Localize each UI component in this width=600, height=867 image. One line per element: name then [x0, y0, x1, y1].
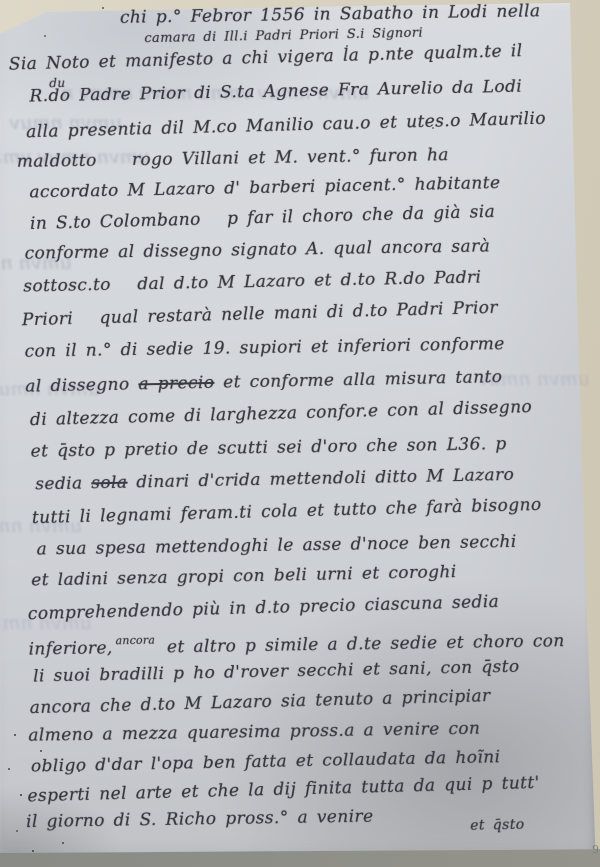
manuscript-line: in S.to Colombano p far il choro che da …: [30, 202, 496, 234]
ink-specks: [102, 7, 104, 9]
manuscript-line: di altezza come di larghezza confor.e co…: [30, 397, 533, 430]
manuscript-struck-segment: sola: [91, 473, 128, 494]
manuscript-line: chi p.° Febror 1556 in Sabatho in Lodi n…: [120, 1, 541, 28]
manuscript-line: R.do Padre Prior di S.ta Agnese Fra Aure…: [29, 77, 522, 107]
manuscript-line: Priori qual restarà nelle mani di d.to P…: [22, 298, 498, 330]
manuscript-sup-segment: ancora: [116, 634, 156, 648]
manuscript-line: inferiore,ancora et altro p simile a d.t…: [28, 627, 564, 659]
photo-bottom-edge: [0, 849, 600, 867]
manuscript-line: comprehendendo più in d.to precio ciascu…: [28, 592, 500, 624]
manuscript-line: camara di Ill.i Padri Priori S.i Signori: [144, 26, 423, 47]
manuscript-line: maldotto rogo Villani et M. vent.° furon…: [17, 145, 449, 172]
manuscript-line: alla presentia dil M.co Manilio cau.o et…: [26, 109, 546, 143]
manuscript-line: Sia Noto et manifesto a chi vigera la p.…: [9, 41, 523, 74]
manuscript-segment: inferiore,: [28, 638, 112, 659]
manuscript-line: il giorno di S. Richo pross.° a venire: [26, 807, 374, 832]
manuscript-struck-segment: a precio: [138, 373, 214, 395]
manuscript-line: sedia sola dinari d'crida mettendoli dit…: [35, 465, 514, 495]
manuscript-segment: dinari d'crida mettendoli ditto M Lazaro: [127, 465, 514, 493]
manuscript-segment: et altro p simile a d.te sedie et choro …: [158, 631, 565, 657]
manuscript-line: esperti nel arte et che la dij finita tu…: [27, 773, 540, 806]
manuscript-line: con il n.° di sedie 19. supiori et infer…: [24, 334, 504, 362]
manuscript-line: al dissegno a precio et conforme alla mi…: [25, 367, 502, 397]
manuscript-line: et q̄sto p pretio de scutti sei d'oro ch…: [30, 434, 506, 461]
manuscript-line: obligo d'dar l'opa ben fatta et collauda…: [31, 747, 501, 776]
manuscript-line: ancora che d.to M Lazaro sia tenuto a pr…: [30, 686, 491, 718]
manuscript-line: li suoi bradilli p ho d'rover secchi et …: [33, 657, 520, 687]
manuscript-line: a sua spesa mettendoghi le asse d'noce b…: [36, 532, 516, 560]
manuscript-segment: sedia: [35, 473, 91, 494]
manuscript-photo: umvn nmuv vmnu mnvu umnv nvmu umvn nmuv …: [0, 0, 600, 867]
manuscript-line: et q̄sto: [470, 817, 525, 834]
manuscript-segment: al dissegno: [25, 374, 138, 396]
manuscript-line: tutti li legnami feram.ti cola et tutto …: [32, 495, 542, 528]
manuscript-line: et ladini senza gropi con beli urni et c…: [31, 562, 457, 591]
manuscript-segment: et conforme alla misura tanto: [214, 367, 502, 393]
manuscript-line: almeno a mezza quaresima pross.a a venir…: [28, 719, 480, 746]
manuscript-line: conforme al dissegno signato A. qual anc…: [24, 236, 490, 263]
ink-specks: [14, 734, 16, 736]
page-corner-mark: 9: [592, 843, 599, 856]
manuscript-line: sottosc.to dal d.to M Lazaro et d.to R.d…: [23, 268, 481, 297]
manuscript-text: chi p.° Febror 1556 in Sabatho in Lodi n…: [0, 0, 600, 867]
manuscript-line: accordato M Lazaro d' barberi piacent.° …: [29, 173, 500, 202]
